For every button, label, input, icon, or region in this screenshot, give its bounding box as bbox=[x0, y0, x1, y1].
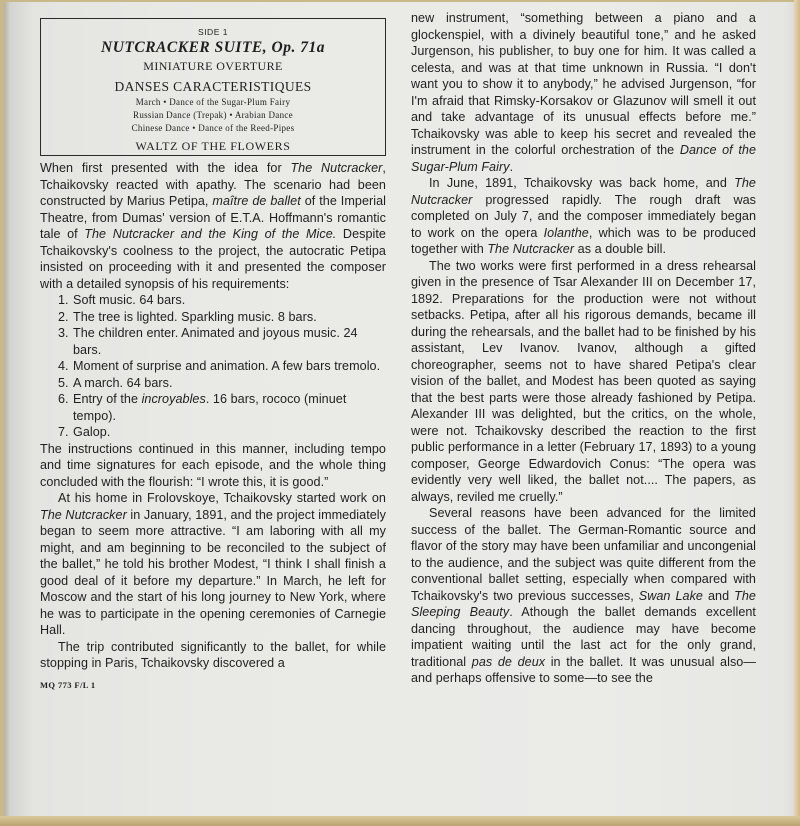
paragraph: The instructions continued in this manne… bbox=[40, 441, 386, 491]
catalog-number: MQ 773 F/L 1 bbox=[40, 677, 386, 694]
list-item: 2.The tree is lighted. Sparkling music. … bbox=[73, 309, 386, 326]
left-column: SIDE 1 NUTCRACKER SUITE, Op. 71a MINIATU… bbox=[40, 2, 386, 693]
requirements-list: 1.Soft music. 64 bars. 2.The tree is lig… bbox=[40, 292, 386, 441]
overture-title: MINIATURE OVERTURE bbox=[45, 58, 381, 75]
dances-line: March • Dance of the Sugar-Plum Fairy bbox=[45, 96, 381, 109]
program-box: SIDE 1 NUTCRACKER SUITE, Op. 71a MINIATU… bbox=[40, 18, 386, 156]
paragraph: The trip contributed significantly to th… bbox=[40, 639, 386, 672]
side-label: SIDE 1 bbox=[45, 26, 381, 38]
list-item: 6.Entry of the incroyables. 16 bars, roc… bbox=[73, 391, 386, 424]
list-item: 5.A march. 64 bars. bbox=[73, 375, 386, 392]
paragraph: Several reasons have been advanced for t… bbox=[411, 505, 756, 687]
finale-title: WALTZ OF THE FLOWERS bbox=[45, 138, 381, 155]
dances-heading: DANSES CARACTERISTIQUES bbox=[45, 77, 381, 96]
paragraph: When first presented with the idea for T… bbox=[40, 160, 386, 292]
list-item: 4.Moment of surprise and animation. A fe… bbox=[73, 358, 386, 375]
liner-notes-page: SIDE 1 NUTCRACKER SUITE, Op. 71a MINIATU… bbox=[4, 2, 796, 818]
dances-line: Russian Dance (Trepak) • Arabian Dance bbox=[45, 109, 381, 122]
right-column: new instrument, “something between a pia… bbox=[411, 10, 756, 687]
paragraph: new instrument, “something between a pia… bbox=[411, 10, 756, 175]
dances-line: Chinese Dance • Dance of the Reed-Pipes bbox=[45, 122, 381, 135]
paragraph: At his home in Frolovskoye, Tchaikovsky … bbox=[40, 490, 386, 639]
page-spine-shadow bbox=[4, 2, 10, 818]
paragraph: In June, 1891, Tchaikovsky was back home… bbox=[411, 175, 756, 258]
sleeve-right-edge bbox=[794, 0, 800, 826]
paragraph: The two works were first performed in a … bbox=[411, 258, 756, 506]
work-title: NUTCRACKER SUITE, Op. 71a bbox=[45, 38, 381, 58]
list-item: 7.Galop. bbox=[73, 424, 386, 441]
list-item: 3.The children enter. Animated and joyou… bbox=[73, 325, 386, 358]
sleeve-bottom-edge bbox=[0, 816, 800, 826]
list-item: 1.Soft music. 64 bars. bbox=[73, 292, 386, 309]
